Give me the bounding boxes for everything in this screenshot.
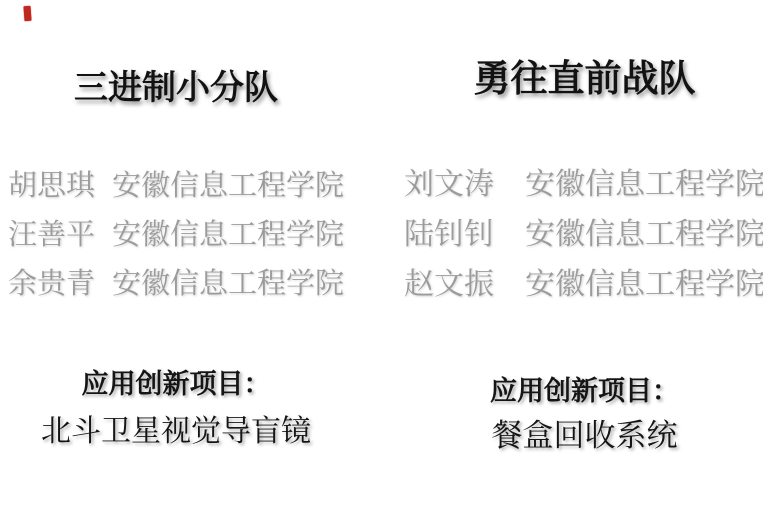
member-list: 刘文涛 安徽信息工程学院 陆钊钊 安徽信息工程学院 赵文振 安徽信息工程学院 <box>406 166 763 316</box>
member-row: 陆钊钊 安徽信息工程学院 <box>406 216 763 253</box>
member-school: 安徽信息工程学院 <box>112 168 344 204</box>
member-name: 陆钊钊 <box>404 216 494 253</box>
member-school: 安徽信息工程学院 <box>525 166 763 203</box>
member-row: 汪善平 安徽信息工程学院 <box>0 217 352 253</box>
member-row: 余贵青 安徽信息工程学院 <box>0 266 352 302</box>
member-name: 余贵青 <box>8 266 95 302</box>
member-name: 刘文涛 <box>404 166 494 203</box>
member-school: 安徽信息工程学院 <box>112 217 344 253</box>
project-label: 应用创新项目： <box>0 362 352 401</box>
member-school: 安徽信息工程学院 <box>112 266 344 302</box>
red-watermark-icon <box>23 6 31 21</box>
member-row: 胡思琪 安徽信息工程学院 <box>0 168 352 204</box>
project-name: 北斗卫星视觉导盲镜 <box>0 406 352 450</box>
member-name: 赵文振 <box>404 266 494 303</box>
member-name: 汪善平 <box>8 217 95 253</box>
member-row: 赵文振 安徽信息工程学院 <box>406 266 763 303</box>
slide: 三进制小分队 胡思琪 安徽信息工程学院 汪善平 安徽信息工程学院 余贵青 安徽信… <box>0 0 763 510</box>
member-school: 安徽信息工程学院 <box>525 266 763 303</box>
member-name: 胡思琪 <box>8 168 95 204</box>
project-name: 餐盒回收系统 <box>406 410 763 455</box>
team-title: 三进制小分队 <box>0 60 352 109</box>
member-row: 刘文涛 安徽信息工程学院 <box>406 166 763 203</box>
team-title: 勇往直前战队 <box>406 48 763 102</box>
member-school: 安徽信息工程学院 <box>525 216 763 253</box>
project-label: 应用创新项目： <box>406 369 763 408</box>
member-list: 胡思琪 安徽信息工程学院 汪善平 安徽信息工程学院 余贵青 安徽信息工程学院 <box>0 168 352 315</box>
